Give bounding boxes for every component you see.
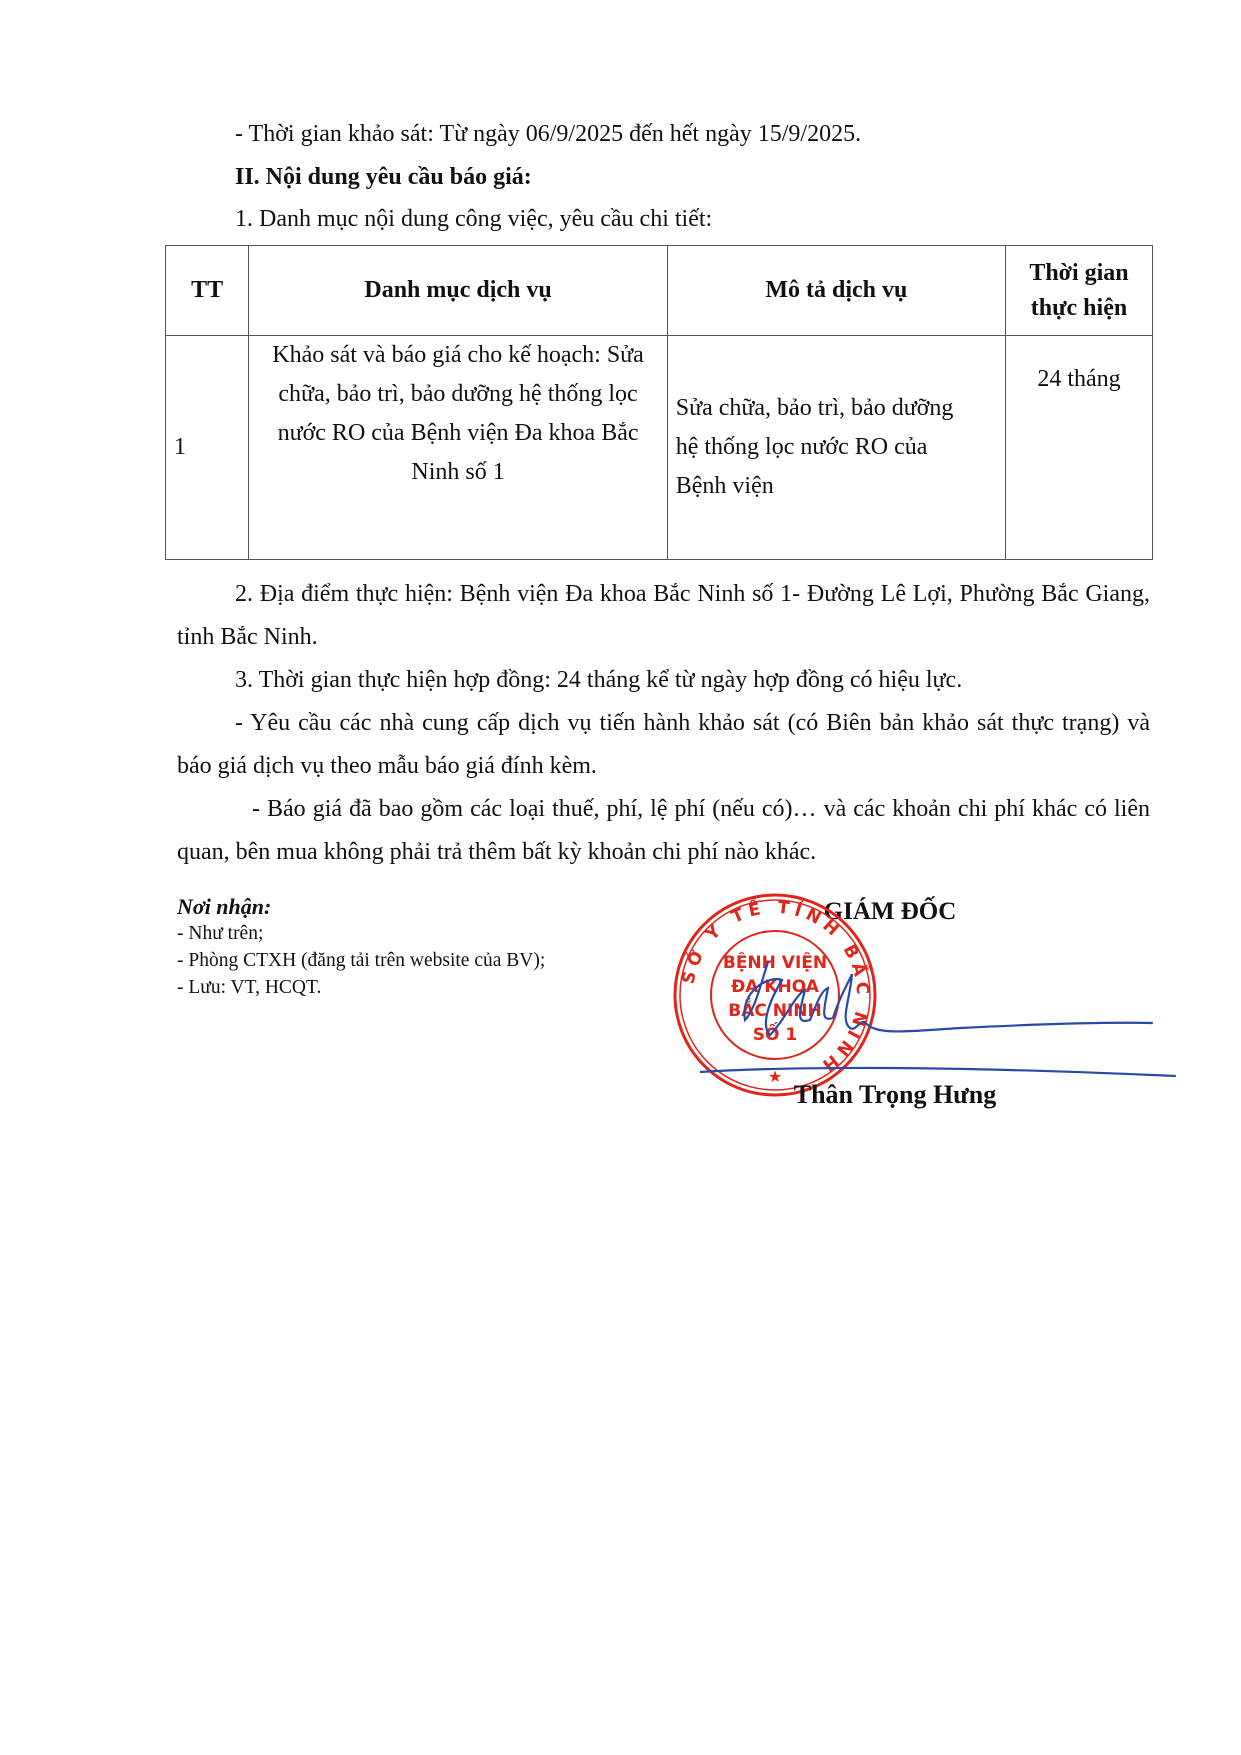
- recipient-item: - Như trên;: [177, 920, 545, 947]
- requirement-paragraph: - Yêu cầu các nhà cung cấp dịch vụ tiến …: [177, 702, 1150, 788]
- cell-category: Khảo sát và báo giá cho kế hoạch: Sửa ch…: [249, 336, 667, 560]
- header-description: Mô tả dịch vụ: [667, 246, 1005, 336]
- signer-name: Thân Trọng Hưng: [770, 1080, 1020, 1110]
- header-duration: Thời gian thực hiện: [1006, 246, 1153, 336]
- recipient-item: - Lưu: VT, HCQT.: [177, 974, 545, 1001]
- recipients: Nơi nhận: - Như trên; - Phòng CTXH (đăng…: [177, 893, 545, 1001]
- recipient-item: - Phòng CTXH (đăng tải trên website của …: [177, 947, 545, 974]
- signature-icon: [700, 950, 1180, 1090]
- survey-time: - Thời gian khảo sát: Từ ngày 06/9/2025 …: [235, 120, 861, 148]
- cell-duration: 24 tháng: [1006, 336, 1153, 560]
- quote-note-paragraph: - Báo giá đã bao gồm các loại thuế, phí,…: [177, 788, 1150, 874]
- cell-description: Sửa chữa, bảo trì, bảo dưỡng hệ thống lọ…: [667, 336, 1005, 560]
- header-tt: TT: [166, 246, 249, 336]
- service-table: TT Danh mục dịch vụ Mô tả dịch vụ Thời g…: [165, 245, 1153, 560]
- section-heading: II. Nội dung yêu cầu báo giá:: [235, 163, 532, 191]
- recipients-title: Nơi nhận:: [177, 893, 545, 920]
- table-header-row: TT Danh mục dịch vụ Mô tả dịch vụ Thời g…: [166, 246, 1153, 336]
- item1-heading: 1. Danh mục nội dung công việc, yêu cầu …: [235, 205, 712, 233]
- table-row: 1 Khảo sát và báo giá cho kế hoạch: Sửa …: [166, 336, 1153, 560]
- cell-tt: 1: [166, 336, 249, 560]
- contract-time-paragraph: 3. Thời gian thực hiện hợp đồng: 24 thán…: [177, 659, 1150, 702]
- header-category: Danh mục dịch vụ: [249, 246, 667, 336]
- location-paragraph: 2. Địa điểm thực hiện: Bệnh viện Đa khoa…: [177, 573, 1150, 659]
